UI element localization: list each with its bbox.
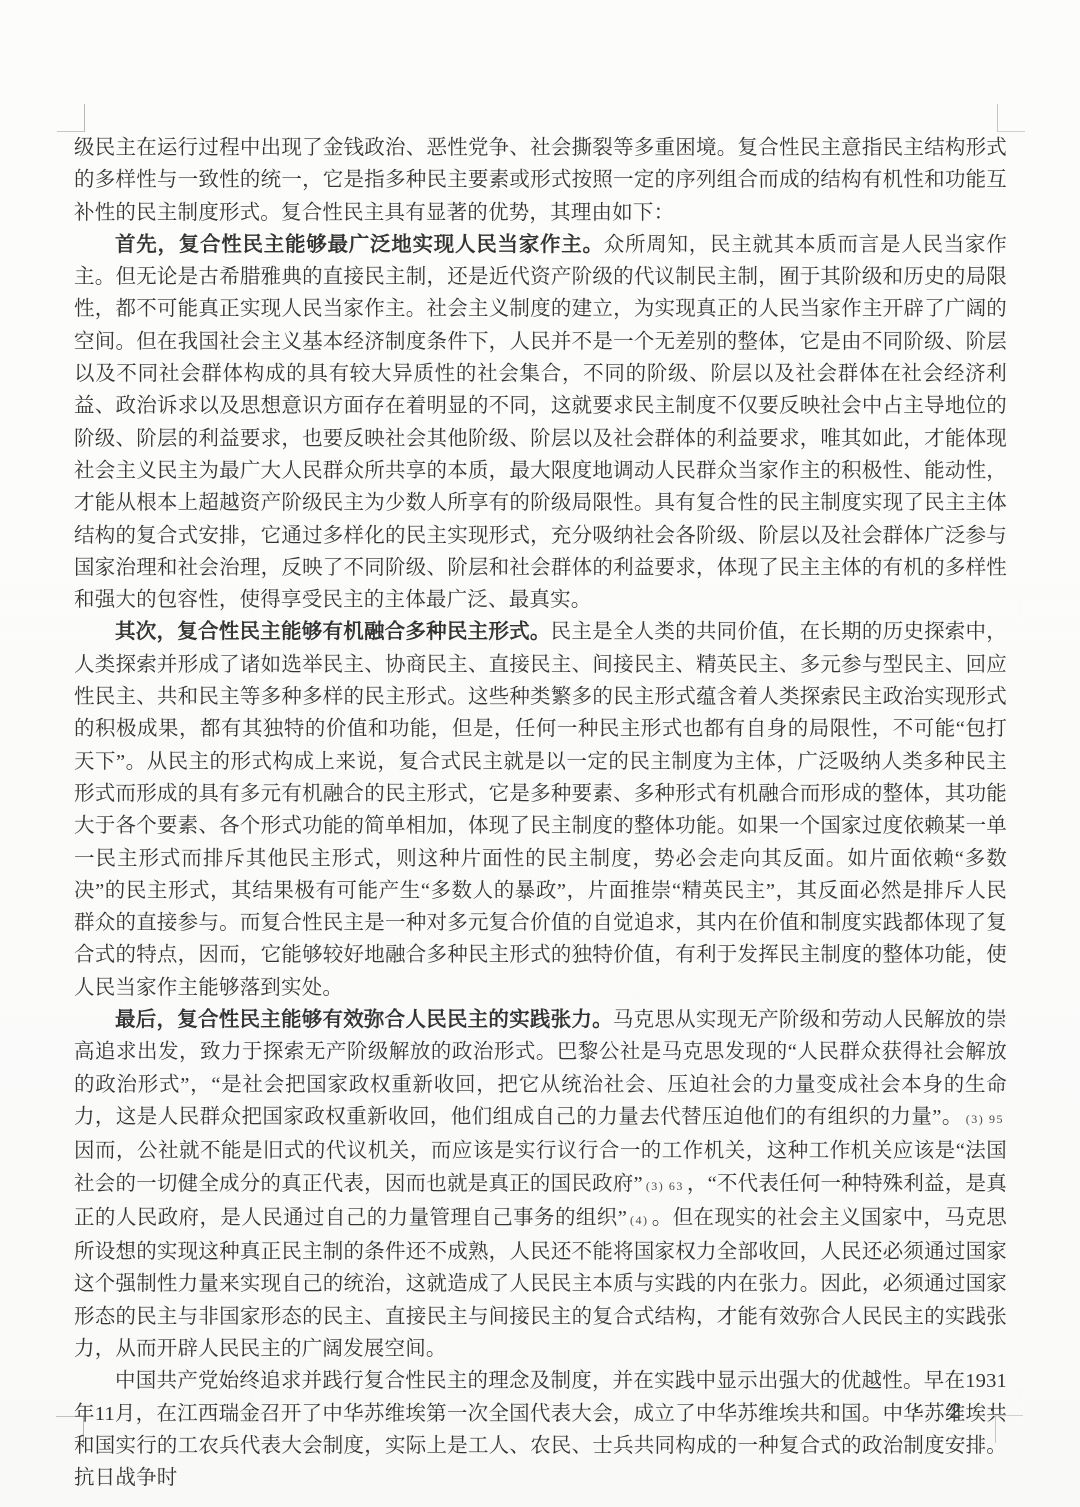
text-segment: 众所周知，民主就其本质而言是人民当家作主。但无论是古希腊雅典的直接民主制，还是近… bbox=[74, 234, 1007, 611]
page-number-value: 2 bbox=[949, 1399, 961, 1425]
crop-mark-top-left bbox=[57, 104, 85, 132]
scanned-page: 级民主在运行过程中出现了金钱政治、恶性党争、社会撕裂等多重困境。复合性民主意指民… bbox=[0, 0, 1080, 1507]
paragraph: 其次，复合性民主能够有机融合多种民主形式。民主是全人类的共同价值，在长期的历史探… bbox=[74, 616, 1007, 1004]
paragraph: 最后，复合性民主能够有效弥合人民民主的实践张力。马克思从实现无产阶级和劳动人民解… bbox=[74, 1004, 1007, 1365]
text-segment: 中国共产党始终追求并践行复合性民主的理念及制度，并在实践中显示出强大的优越性。早… bbox=[74, 1370, 1007, 1489]
paragraph-lead-bold: 最后，复合性民主能够有效弥合人民民主的实践张力。 bbox=[115, 1009, 613, 1031]
text-segment: 级民主在运行过程中出现了金钱政治、恶性党争、社会撕裂等多重困境。复合性民主意指民… bbox=[74, 137, 1007, 224]
citation-marker: (3) 63 bbox=[646, 1179, 684, 1193]
text-segment: 民主是全人类的共同价值，在长期的历史探索中，人类探索并形成了诸如选举民主、协商民… bbox=[74, 621, 1007, 998]
text-segment: 。但在现实的社会主义国家中，马克思所设想的实现这种真正民主制的条件还不成熟，人民… bbox=[74, 1207, 1007, 1360]
citation-marker: (3) 95 bbox=[966, 1112, 1004, 1126]
page-number: · 2 · bbox=[915, 1399, 995, 1425]
document-body: 级民主在运行过程中出现了金钱政治、恶性党争、社会撕裂等多重困境。复合性民主意指民… bbox=[74, 132, 1007, 1494]
paragraph: 级民主在运行过程中出现了金钱政治、恶性党争、社会撕裂等多重困境。复合性民主意指民… bbox=[74, 132, 1007, 229]
page-number-right-dot: · bbox=[990, 1398, 995, 1424]
citation-marker: (4) bbox=[630, 1213, 649, 1227]
crop-mark-top-right bbox=[997, 104, 1025, 132]
page-number-left-dot: · bbox=[915, 1398, 920, 1424]
paragraph-lead-bold: 首先，复合性民主能够最广泛地实现人民当家作主。 bbox=[115, 234, 604, 256]
paragraph: 首先，复合性民主能够最广泛地实现人民当家作主。众所周知，民主就其本质而言是人民当… bbox=[74, 229, 1007, 617]
paragraph: 中国共产党始终追求并践行复合性民主的理念及制度，并在实践中显示出强大的优越性。早… bbox=[74, 1365, 1007, 1494]
paragraph-lead-bold: 其次，复合性民主能够有机融合多种民主形式。 bbox=[115, 621, 551, 643]
